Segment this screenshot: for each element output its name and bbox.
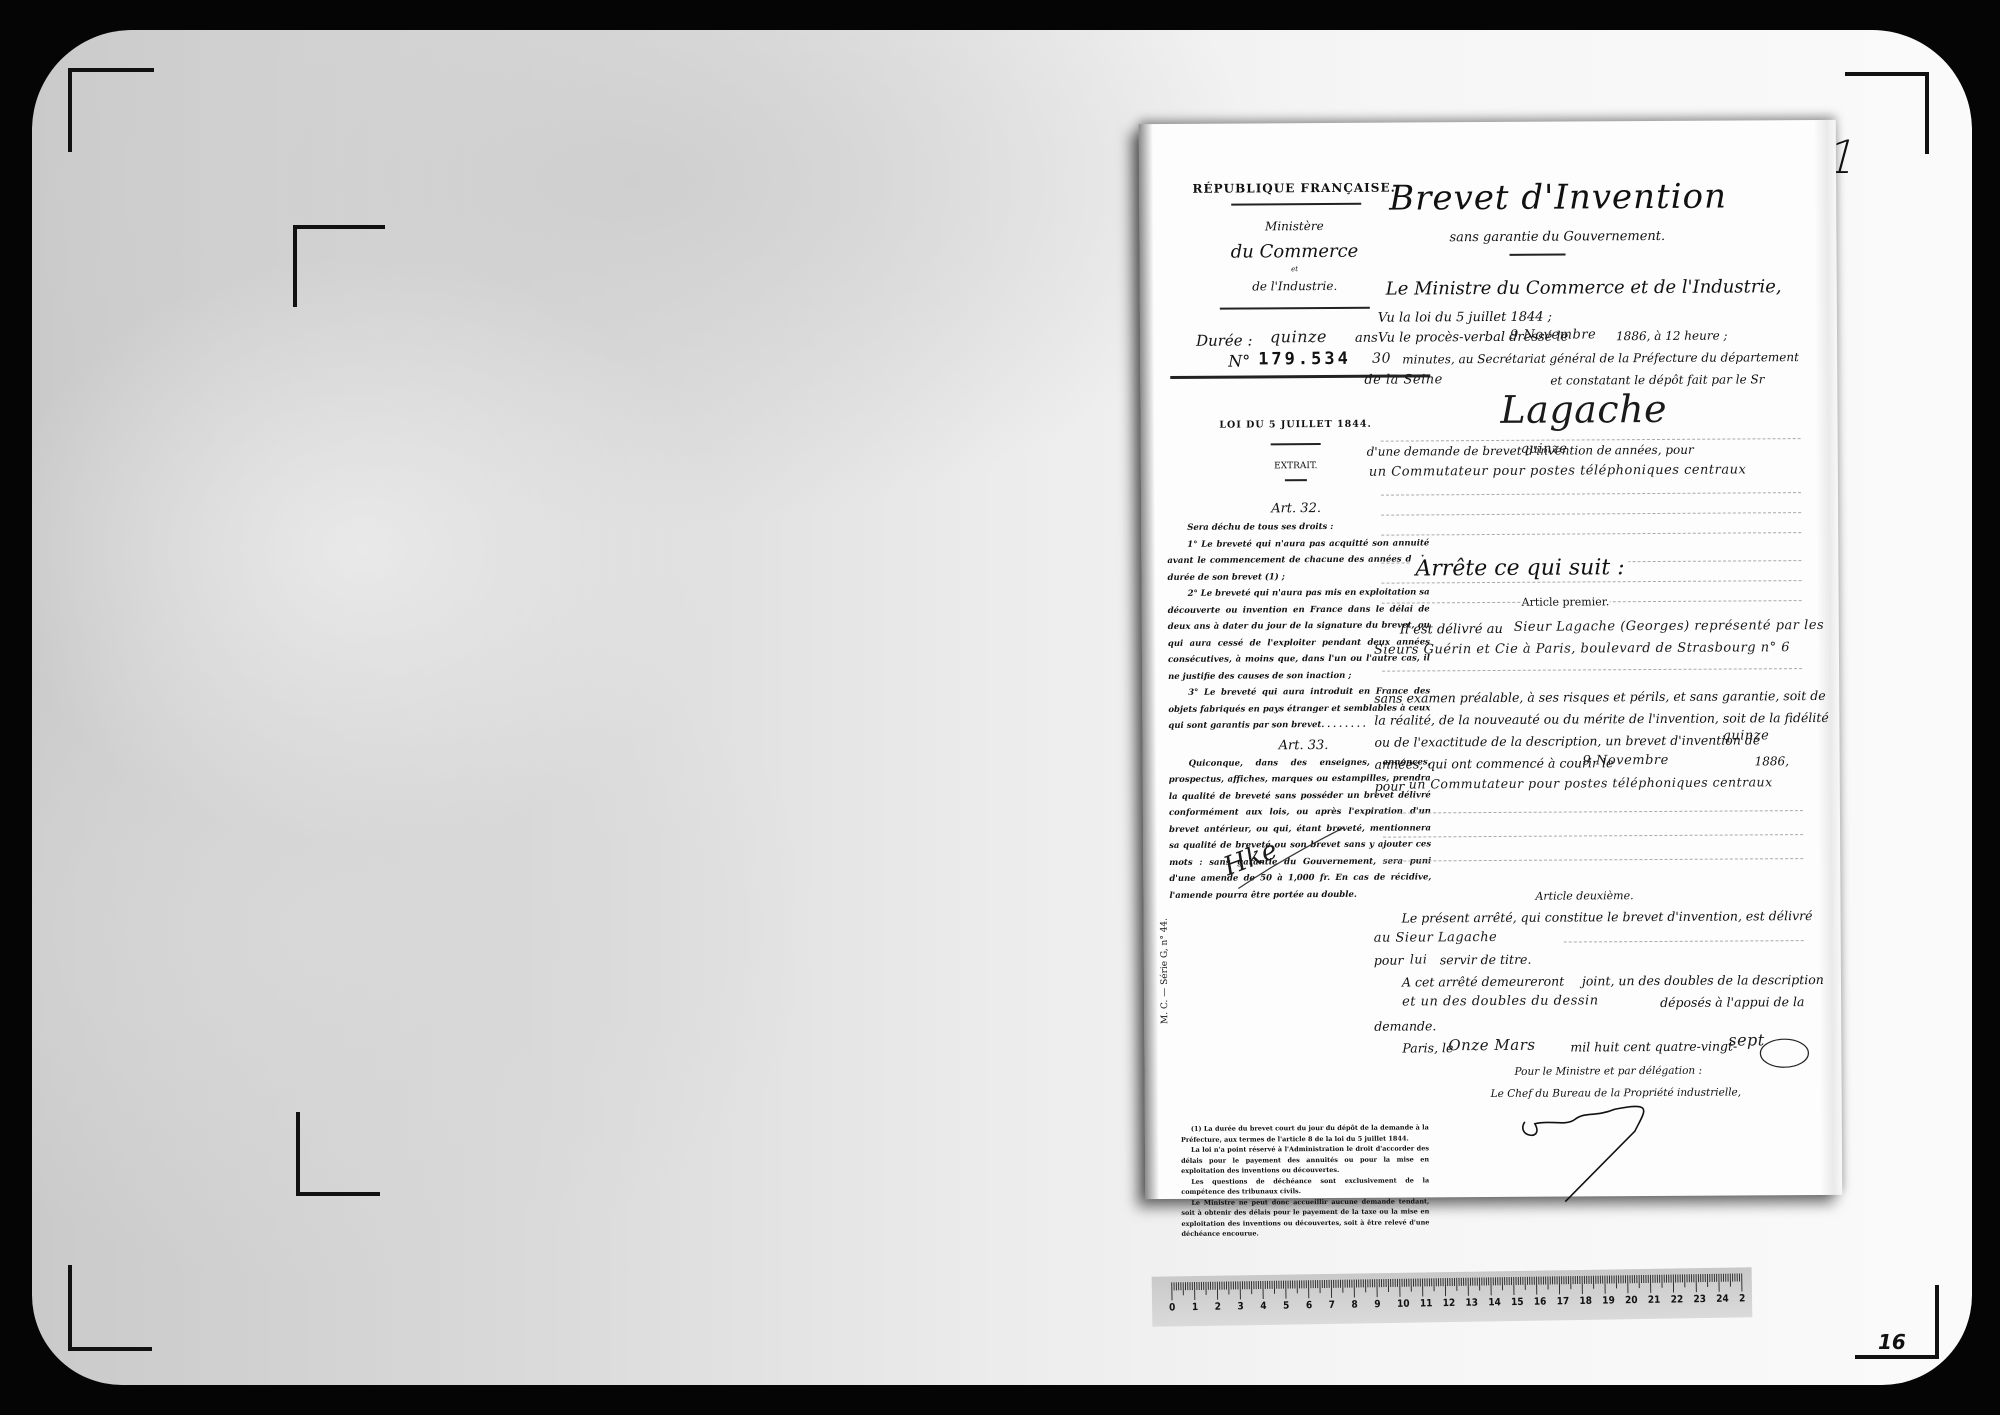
ruler-label: 7 (1329, 1300, 1335, 1311)
form-line (1382, 668, 1802, 672)
divider (1271, 443, 1321, 445)
art1-body-line: ou de l'exactitude de la description, un… (1374, 732, 1760, 749)
patent-document: RÉPUBLIQUE FRANÇAISE. Ministère du Comme… (1139, 120, 1843, 1199)
art2-line-5: demande. (1374, 1018, 1436, 1033)
footnote: (1) La durée du brevet court du jour du … (1181, 1122, 1430, 1239)
form-line (1381, 532, 1801, 536)
crop-mark-bottom-left-outer (68, 1265, 152, 1351)
vu-pv-date: 9 Novembre (1510, 327, 1596, 343)
ruler-label: 12 (1443, 1298, 1456, 1309)
ministry-line-2: du Commerce (1159, 240, 1429, 263)
vu-loi: Vu la loi du 5 juillet 1844 ; (1378, 310, 1552, 326)
duration-unit: ans (1355, 331, 1378, 346)
ruler-label: 5 (1283, 1301, 1289, 1312)
ruler-label: 23 (1693, 1294, 1706, 1305)
ruler-label: 24 (1716, 1294, 1729, 1305)
delegation-line: Pour le Ministre et par délégation : (1514, 1065, 1702, 1078)
ruler-label: 2 (1739, 1293, 1745, 1304)
art2-line-2-hand: lui (1410, 951, 1428, 966)
art1-recipient-address-hand: Sieurs Guérin et Cie à Paris, boulevard … (1374, 640, 1790, 658)
plate-number: 16 (1878, 1330, 1906, 1354)
ruler-label: 4 (1260, 1301, 1266, 1312)
series-code: M. C. — Série G, n° 44. (1160, 918, 1171, 1024)
ruler-label: 22 (1671, 1294, 1684, 1305)
ministry-line-1: Ministère (1159, 218, 1429, 234)
art32-para: 1° Le breveté qui n'aura pas acquitté so… (1167, 535, 1429, 586)
ruler-label: 11 (1420, 1298, 1433, 1309)
duration-value: quinze (1270, 327, 1327, 346)
art1-start-pre: années, qui ont commencé à courir le (1375, 755, 1614, 771)
article-2-title: Article deuxième. (1535, 889, 1633, 903)
divider (1220, 307, 1370, 310)
footnote-para: La loi n'a point réservé à l'Administrat… (1181, 1143, 1429, 1176)
ruler-label: 18 (1579, 1296, 1592, 1307)
vu-pv-minutes: minutes, au Secrétariat général de la Pr… (1402, 350, 1799, 366)
request-years: quinze (1521, 442, 1568, 457)
ruler-label: 16 (1534, 1297, 1547, 1308)
form-line (1381, 512, 1801, 516)
art2-line-4-hand: et un des doubles du dessin (1402, 993, 1599, 1009)
ruler-label: 9 (1374, 1299, 1380, 1310)
minister-line: Le Ministre du Commerce et de l'Industri… (1386, 276, 1782, 299)
form-line (1564, 940, 1804, 942)
footnote-para: Le Ministre ne peut donc accueillir aucu… (1181, 1196, 1429, 1240)
art1-start-date: 9 Novembre (1583, 753, 1669, 769)
art2-line-2-post: servir de titre. (1440, 952, 1532, 968)
date-pre: Paris, le (1402, 1040, 1453, 1055)
art2-line-3-post: joint, un des doubles de la description (1582, 972, 1824, 988)
ruler-label: 14 (1488, 1297, 1501, 1308)
art2-recipient-hand: au Sieur Lagache (1374, 930, 1498, 946)
crop-mark-top-left-outer (68, 68, 154, 152)
law-title: LOI DU 5 JUILLET 1844. (1161, 418, 1431, 431)
ruler-label: 17 (1557, 1296, 1570, 1307)
arrete-heading: Arrête ce qui suit : (1411, 555, 1628, 581)
art1-recipient-hand: Sieur Lagache (Georges) représenté par l… (1514, 618, 1824, 635)
request-post: années, pour (1615, 443, 1694, 457)
divider (1231, 203, 1361, 206)
art2-line-2-pre: pour (1374, 953, 1404, 968)
document-title: Brevet d'Invention (1389, 177, 1727, 219)
applicant-name: Lagache (1500, 387, 1667, 432)
footnote-para: Les questions de déchéance sont exclusiv… (1181, 1175, 1429, 1198)
deposit-text: et constatant le dépôt fait par le Sr (1550, 372, 1764, 387)
ruler-label: 19 (1602, 1295, 1615, 1306)
art1-for-pre: pour (1375, 779, 1405, 794)
ruler-label: 10 (1397, 1299, 1410, 1310)
ruler-label: 13 (1465, 1298, 1478, 1309)
art1-body-line: sans examen préalable, à ses risques et … (1374, 688, 1826, 706)
ruler-label: 20 (1625, 1295, 1638, 1306)
article-1-title: Article premier. (1522, 595, 1610, 609)
ruler-label: 2 (1215, 1302, 1221, 1313)
form-line (1381, 492, 1801, 496)
art2-line-1: Le présent arrêté, qui constitue le brev… (1402, 908, 1813, 926)
art2-line-3-pre: A cet arrêté demeureront (1402, 974, 1564, 990)
request-pre: d'une demande de brevet d'invention de (1367, 443, 1612, 458)
art1-years-hand: quinze (1722, 728, 1769, 743)
ruler-label: 21 (1648, 1295, 1661, 1306)
vu-pv-minutes-hand: 30 (1372, 351, 1391, 367)
ruler-label: 1 (1192, 1302, 1198, 1313)
flourish (1734, 1025, 1814, 1075)
ruler-label: 3 (1237, 1301, 1243, 1312)
footnote-para: (1) La durée du brevet court du jour du … (1181, 1122, 1429, 1145)
art1-pre: Il est délivré au (1400, 622, 1503, 638)
divider (1285, 479, 1307, 481)
ministry-and: et (1160, 264, 1430, 274)
initials-stroke (1233, 823, 1353, 894)
art1-for-hand: un Commutateur pour postes téléphoniques… (1409, 774, 1773, 791)
form-line (1383, 834, 1803, 838)
date-hand: Onze Mars (1448, 1036, 1535, 1055)
signature (1515, 1101, 1676, 1212)
form-line (1383, 810, 1803, 814)
crop-mark-bottom-left-inner (296, 1112, 380, 1196)
form-line (1381, 438, 1801, 442)
patent-number-stamp: 179.534 (1258, 349, 1351, 370)
chief-line: Le Chef du Bureau de la Propriété indust… (1491, 1086, 1742, 1100)
number-label: N° (1228, 351, 1250, 370)
crop-mark-top-left-inner (293, 225, 385, 307)
art1-start-year: 1886, (1755, 754, 1789, 768)
department-hand: de la Seine (1364, 372, 1443, 387)
document-subtitle: sans garantie du Gouvernement. (1449, 229, 1665, 245)
art1-body-line: la réalité, de la nouveauté ou du mérite… (1374, 710, 1828, 728)
invention-title: un Commutateur pour postes téléphoniques… (1369, 462, 1747, 479)
duration-label: Durée : (1196, 331, 1253, 349)
divider (1510, 254, 1566, 256)
date-mid: mil huit cent quatre-vingt- (1570, 1039, 1737, 1055)
vu-pv-year: 1886, à 12 heure ; (1616, 329, 1728, 344)
ruler-label: 15 (1511, 1297, 1524, 1308)
art2-line-4-post: déposés à l'appui de la (1660, 994, 1804, 1010)
ruler-label: 6 (1306, 1300, 1312, 1311)
form-line (1383, 858, 1803, 862)
ruler-label: 8 (1351, 1299, 1357, 1310)
measurement-ruler: 0123456789101112131415161718192021222324… (1152, 1267, 1753, 1326)
ruler-label: 0 (1169, 1302, 1175, 1313)
